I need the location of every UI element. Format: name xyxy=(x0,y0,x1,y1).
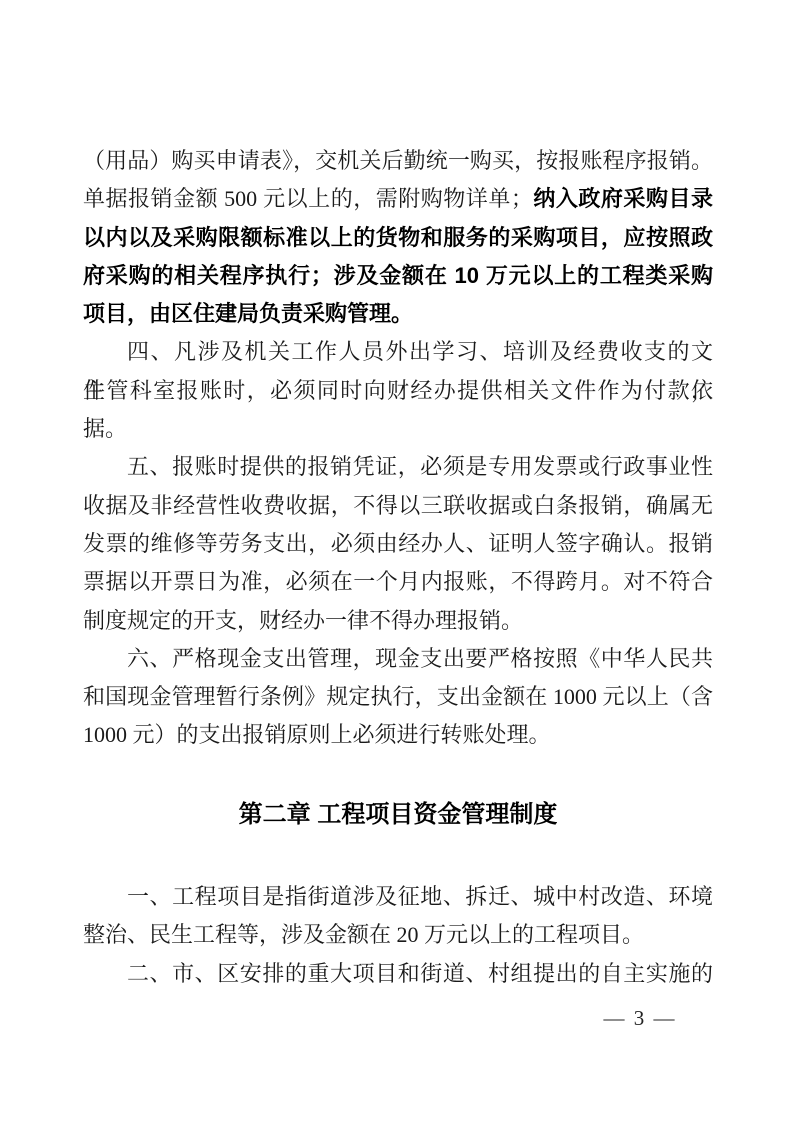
page-number: — 3 — xyxy=(560,1006,720,1031)
emphasis-text: 项目，由区住建局负责采购管理。 xyxy=(83,301,413,326)
emphasis-text: 府采购的相关程序执行；涉及金额在 10 万元以上的工程类采购 xyxy=(83,263,713,288)
text-line: 二、市、区安排的重大项目和街道、村组提出的自主实施的 xyxy=(83,955,713,993)
body-text: 1000 元）的支出报销原则上必须进行转账处理。 xyxy=(83,722,551,747)
body-text: 六、严格现金支出管理，现金支出要严格按照《中华人民共 xyxy=(127,646,713,671)
body-text: 单据报销金额 500 元以上的，需附购物详单； xyxy=(83,186,533,211)
document-page: （用品）购买申请表》，交机关后勤统一购买，按报账程序报销。单据报销金额 500 … xyxy=(0,0,793,1122)
body-text: 发票的维修等劳务支出，必须由经办人、证明人签字确认。报销 xyxy=(83,531,713,556)
text-line: 主管科室报账时，必须同时向财经办提供相关文件作为付款依 xyxy=(83,372,713,410)
body-text: 票据以开票日为准，必须在一个月内报账，不得跨月。对不符合 xyxy=(83,569,713,594)
text-line: 四、凡涉及机关工作人员外出学习、培训及经费收支的文件， xyxy=(83,333,713,371)
text-line: 府采购的相关程序执行；涉及金额在 10 万元以上的工程类采购 xyxy=(83,257,713,295)
text-line: 五、报账时提供的报销凭证，必须是专用发票或行政事业性 xyxy=(83,448,713,486)
emphasis-text: 以内以及采购限额标准以上的货物和服务的采购项目，应按照政 xyxy=(83,225,713,250)
emphasis-text: 纳入政府采购目录 xyxy=(533,186,713,211)
body-text: 一、工程项目是指街道涉及征地、拆迁、城中村改造、环境 xyxy=(127,884,713,909)
text-line: 一、工程项目是指街道涉及征地、拆迁、城中村改造、环境 xyxy=(83,878,713,916)
text-line: （用品）购买申请表》，交机关后勤统一购买，按报账程序报销。 xyxy=(83,142,713,180)
body-text: 据。 xyxy=(83,416,127,441)
text-line: 票据以开票日为准，必须在一个月内报账，不得跨月。对不符合 xyxy=(83,563,713,601)
text-line: 制度规定的开支，财经办一律不得办理报销。 xyxy=(83,602,713,640)
body-text: 二、市、区安排的重大项目和街道、村组提出的自主实施的 xyxy=(127,961,713,986)
text-line: 单据报销金额 500 元以上的，需附购物详单；纳入政府采购目录 xyxy=(83,180,713,218)
body-text: 主管科室报账时，必须同时向财经办提供相关文件作为付款依 xyxy=(83,378,713,403)
chapter-heading: 第二章 工程项目资金管理制度 xyxy=(83,796,713,834)
text-line: 据。 xyxy=(83,410,713,448)
text-line: 收据及非经营性收费收据，不得以三联收据或白条报销，确属无 xyxy=(83,487,713,525)
text-line: 项目，由区住建局负责采购管理。 xyxy=(83,295,713,333)
body-text: （用品）购买申请表》，交机关后勤统一购买，按报账程序报销。 xyxy=(83,148,713,173)
text-line: 和国现金管理暂行条例》规定执行，支出金额在 1000 元以上（含 xyxy=(83,678,713,716)
text-line: 以内以及采购限额标准以上的货物和服务的采购项目，应按照政 xyxy=(83,219,713,257)
body-text: 五、报账时提供的报销凭证，必须是专用发票或行政事业性 xyxy=(127,454,713,479)
text-line: 六、严格现金支出管理，现金支出要严格按照《中华人民共 xyxy=(83,640,713,678)
body-text: 制度规定的开支，财经办一律不得办理报销。 xyxy=(83,608,523,633)
text-line: 发票的维修等劳务支出，必须由经办人、证明人签字确认。报销 xyxy=(83,525,713,563)
body-text: 收据及非经营性收费收据，不得以三联收据或白条报销，确属无 xyxy=(83,493,713,518)
body-text: 整治、民生工程等，涉及金额在 20 万元以上的工程项目。 xyxy=(83,922,644,947)
body-text: 和国现金管理暂行条例》规定执行，支出金额在 1000 元以上（含 xyxy=(83,684,713,709)
text-line: 1000 元）的支出报销原则上必须进行转账处理。 xyxy=(83,716,713,754)
text-line: 整治、民生工程等，涉及金额在 20 万元以上的工程项目。 xyxy=(83,916,713,954)
document-body: （用品）购买申请表》，交机关后勤统一购买，按报账程序报销。单据报销金额 500 … xyxy=(83,142,713,993)
